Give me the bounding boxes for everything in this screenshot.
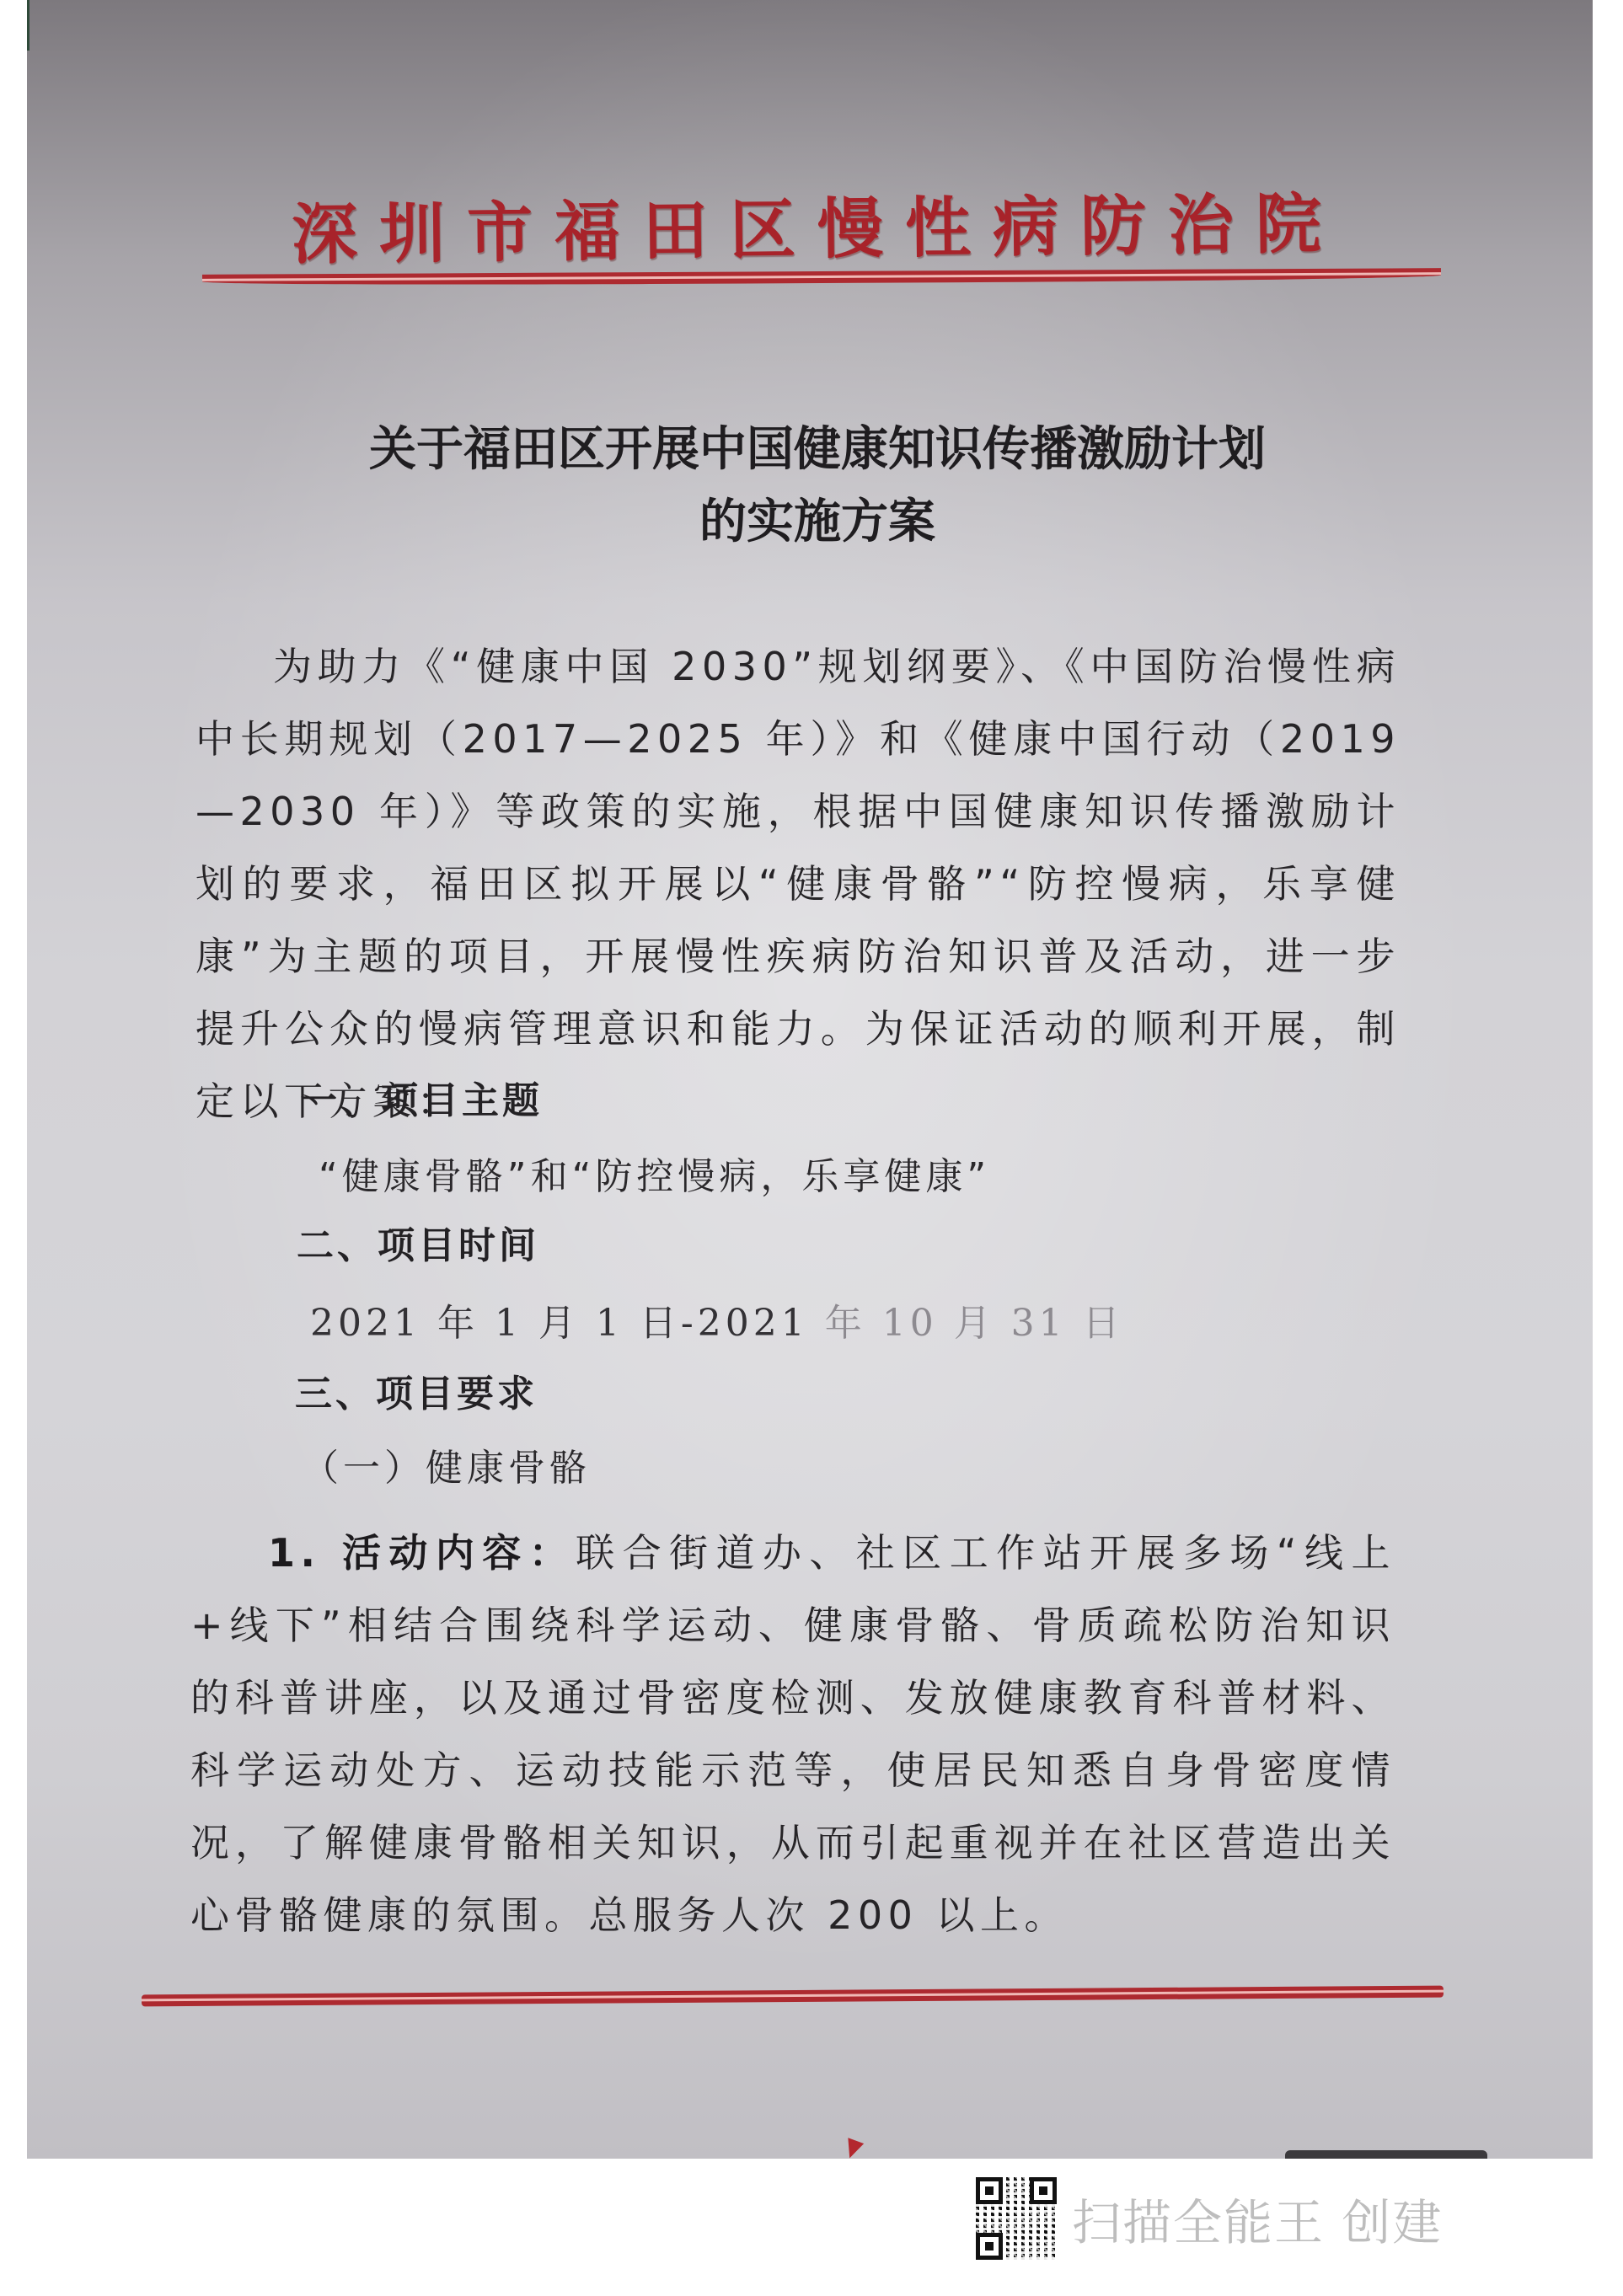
intro-paragraph: 为助力《“健康中国 2030”规划纲要》、《中国防治慢性病中长期规划（2017—… [196, 630, 1401, 1137]
title-line-2: 的实施方案 [202, 485, 1433, 558]
section-theme-content: “健康骨骼”和“防控慢病，乐享健康” [319, 1146, 990, 1200]
letterhead-org-name: 深圳市福田区慢性病防治院 [244, 171, 1390, 277]
photo-edge [27, 0, 29, 51]
scanner-watermark: 扫描全能王 创建 [976, 2177, 1443, 2260]
photo-bottom-shadow [1285, 2150, 1487, 2159]
section-heading-theme: 一、项目主题 [300, 1070, 543, 1124]
activity-content-paragraph: 1. 活动内容：联合街道办、社区工作站开展多场“线上+线下”相结合围绕科学运动、… [190, 1517, 1395, 1951]
activity-content-label: 1. 活动内容： [268, 1530, 576, 1576]
section-heading-requirements: 三、项目要求 [295, 1363, 538, 1417]
section-heading-time: 二、项目时间 [297, 1215, 539, 1269]
section-time-content: 2021 年 1 月 1 日-2021 年 10 月 31 日 [310, 1293, 1124, 1346]
qr-code-icon [976, 2177, 1057, 2260]
date-range-end: 年 10 月 31 日 [809, 1302, 1124, 1345]
document-title: 关于福田区开展中国健康知识传播激励计划 的实施方案 [202, 413, 1433, 558]
date-range-start: 2021 年 1 月 1 日-2021 [310, 1302, 809, 1345]
watermark-text: 扫描全能王 创建 [1072, 2183, 1443, 2254]
activity-content-body: 联合街道办、社区工作站开展多场“线上+线下”相结合围绕科学运动、健康骨骼、骨质疏… [190, 1530, 1395, 1938]
subsection-heading-bone-health: （一）健康骨骼 [302, 1437, 591, 1491]
title-line-1: 关于福田区开展中国健康知识传播激励计划 [202, 413, 1433, 485]
